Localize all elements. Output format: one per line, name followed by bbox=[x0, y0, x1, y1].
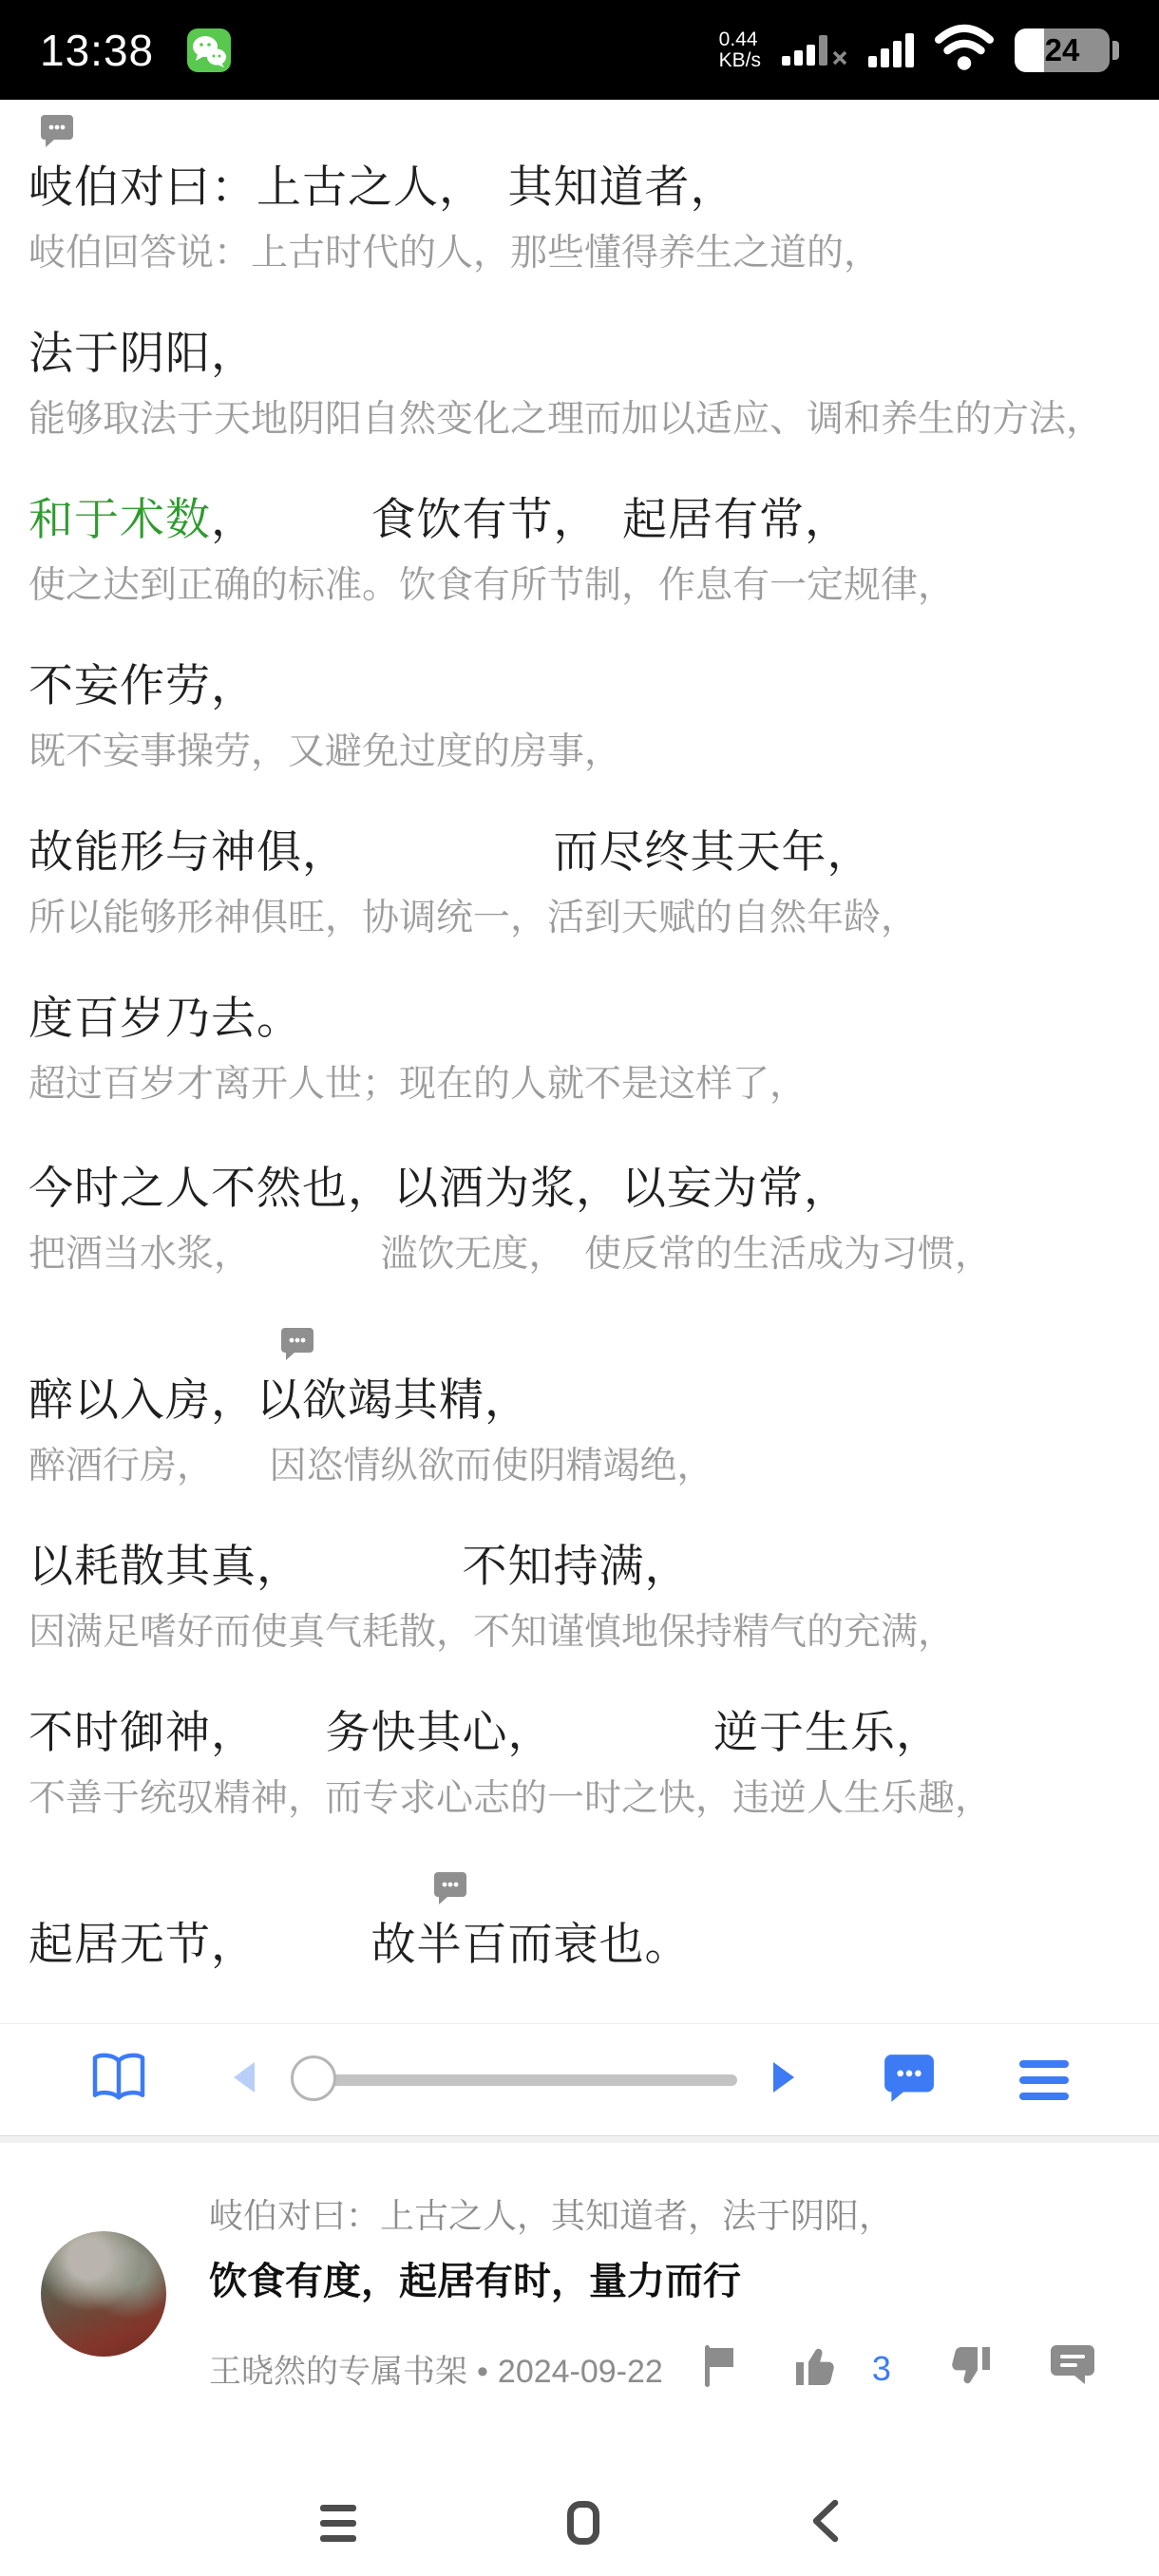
wifi-icon bbox=[935, 24, 994, 76]
classic-text: 不妄作劳， bbox=[28, 658, 1151, 713]
battery-icon: 24 bbox=[1015, 28, 1119, 72]
translation-text: 因满足嗜好而使真气耗散，不知谨慎地保持精气的充满， bbox=[28, 1609, 1151, 1657]
paragraph-block: 不时御神， 务快其心， 逆于生乐， 不善于统驭精神，而专求心志的一时之快，违逆人… bbox=[28, 1705, 1151, 1823]
book-contents-button[interactable] bbox=[90, 2052, 147, 2108]
reader-app: 13:38 0.44 KB/s bbox=[0, 0, 1159, 2576]
slider-thumb[interactable] bbox=[291, 2055, 336, 2101]
paragraph-block: 岐伯对曰：上古之人， 其知道者， 岐伯回答说：上古时代的人，那些懂得养生之道的， bbox=[28, 114, 1151, 277]
classic-text: 醉以入房，以欲竭其精， bbox=[28, 1373, 1151, 1428]
translation-text: 岐伯回答说：上古时代的人，那些懂得养生之道的， bbox=[28, 230, 1151, 277]
section-divider bbox=[0, 2135, 1159, 2143]
comment-section: 岐伯对曰：上古之人，其知道者，法于阴阳， 饮食有度，起居有时，量力而行 王晓然的… bbox=[0, 2143, 1159, 2470]
reader-toolbar bbox=[0, 2023, 1159, 2135]
avatar[interactable] bbox=[41, 2231, 166, 2357]
classic-text: 岐伯对曰：上古之人， 其知道者， bbox=[28, 160, 1151, 215]
translation-text: 既不妄事操劳，又避免过度的房事， bbox=[28, 729, 1151, 776]
paragraph-block: 醉以入房，以欲竭其精， 醉酒行房， 因恣情纵欲而使阴精竭绝， bbox=[28, 1327, 1151, 1490]
slider-track[interactable] bbox=[315, 2074, 737, 2086]
network-speed: 0.44 KB/s bbox=[719, 29, 761, 71]
translation-text: 能够取法于天地阴阳自然变化之理而加以适应、调和养生的方法， bbox=[28, 396, 1151, 444]
highlighted-text: 和于术数 bbox=[28, 494, 211, 544]
progress-slider[interactable] bbox=[291, 2055, 737, 2105]
translation-text: 使之达到正确的标准。饮食有所节制，作息有一定规律， bbox=[28, 562, 1151, 610]
paragraph-block: 不妄作劳， 既不妄事操劳，又避免过度的房事， bbox=[28, 658, 1151, 776]
comment-date: 2024-09-22 bbox=[498, 2354, 663, 2390]
classic-text: 以耗散其真， 不知持满， bbox=[28, 1539, 1151, 1594]
menu-button[interactable] bbox=[1019, 2060, 1069, 2100]
sim2-signal-icon bbox=[868, 33, 914, 67]
recent-apps-button[interactable] bbox=[320, 2505, 356, 2542]
flag-report-button[interactable] bbox=[703, 2345, 735, 2392]
home-button[interactable] bbox=[567, 2501, 599, 2545]
classic-text: 不时御神， 务快其心， 逆于生乐， bbox=[28, 1705, 1151, 1760]
classic-text: 今时之人不然也，以酒为浆，以妄为常， bbox=[28, 1161, 1151, 1216]
paragraph-block: 今时之人不然也，以酒为浆，以妄为常， 把酒当水浆， 滥饮无度， 使反常的生活成为… bbox=[28, 1161, 1151, 1279]
paragraph-block: 故能形与神俱， 而尽终其天年， 所以能够形神俱旺，协调统一，活到天赋的自然年龄， bbox=[28, 824, 1151, 942]
paragraph-block: 和于术数， 食饮有节， 起居有常， 使之达到正确的标准。饮食有所节制，作息有一定… bbox=[28, 492, 1151, 610]
translation-text: 所以能够形神俱旺，协调统一，活到天赋的自然年龄， bbox=[28, 895, 1151, 942]
classic-text: 起居无节， 故半百而衰也。 bbox=[28, 1917, 1151, 1972]
classic-text: 和于术数， 食饮有节， 起居有常， bbox=[28, 492, 1151, 547]
android-nav-bar bbox=[0, 2470, 1159, 2576]
back-button[interactable] bbox=[810, 2499, 839, 2548]
comment-item: 岐伯对曰：上古之人，其知道者，法于阴阳， 饮食有度，起居有时，量力而行 王晓然的… bbox=[0, 2143, 1159, 2392]
clock: 13:38 bbox=[40, 25, 154, 76]
translation-text: 不善于统驭精神，而专求心志的一时之快，违逆人生乐趣， bbox=[28, 1775, 1151, 1823]
comments-button[interactable] bbox=[882, 2053, 935, 2107]
wechat-notification-icon bbox=[186, 28, 232, 73]
classic-text: 故能形与神俱， 而尽终其天年， bbox=[28, 824, 1151, 880]
reader-page: 岐伯对曰：上古之人， 其知道者， 岐伯回答说：上古时代的人，那些懂得养生之道的，… bbox=[0, 100, 1159, 2023]
sim1-no-signal-icon bbox=[782, 35, 847, 66]
comment-marker-icon[interactable] bbox=[40, 114, 74, 153]
next-page-button[interactable] bbox=[771, 2060, 796, 2099]
battery-percent: 24 bbox=[1045, 32, 1080, 68]
classic-text: 度百岁乃去。 bbox=[28, 991, 1151, 1046]
paragraph-block: 法于阴阳， 能够取法于天地阴阳自然变化之理而加以适应、调和养生的方法， bbox=[28, 326, 1151, 444]
quoted-passage: 岐伯对曰：上古之人，其知道者，法于阴阳， bbox=[209, 2195, 1130, 2237]
paragraph-block: 以耗散其真， 不知持满， 因满足嗜好而使真气耗散，不知谨慎地保持精气的充满， bbox=[28, 1539, 1151, 1657]
status-bar: 13:38 0.44 KB/s bbox=[0, 0, 1159, 100]
comment-body: 饮食有度，起居有时，量力而行 bbox=[209, 2258, 1130, 2305]
translation-text: 把酒当水浆， 滥饮无度， 使反常的生活成为习惯， bbox=[28, 1231, 1151, 1279]
thumbs-up-button[interactable] bbox=[794, 2345, 836, 2392]
translation-text: 超过百岁才离开人世；现在的人就不是这样了， bbox=[28, 1061, 1151, 1108]
comment-marker-icon[interactable] bbox=[280, 1327, 314, 1366]
paragraph-block: 度百岁乃去。 超过百岁才离开人世；现在的人就不是这样了， bbox=[28, 991, 1151, 1108]
comment-meta: 王晓然的专属书架•2024-09-22 bbox=[209, 2345, 663, 2392]
reply-button[interactable] bbox=[1051, 2345, 1094, 2392]
like-count: 3 bbox=[872, 2349, 891, 2389]
prev-page-button[interactable] bbox=[232, 2060, 256, 2099]
classic-text: 法于阴阳， bbox=[28, 326, 1151, 381]
comment-author: 王晓然的专属书架 bbox=[209, 2354, 467, 2390]
paragraph-block: 起居无节， 故半百而衰也。 bbox=[28, 1871, 1151, 1972]
translation-text: 醉酒行房， 因恣情纵欲而使阴精竭绝， bbox=[28, 1443, 1151, 1490]
thumbs-down-button[interactable] bbox=[950, 2345, 992, 2392]
comment-marker-icon[interactable] bbox=[433, 1871, 467, 1910]
